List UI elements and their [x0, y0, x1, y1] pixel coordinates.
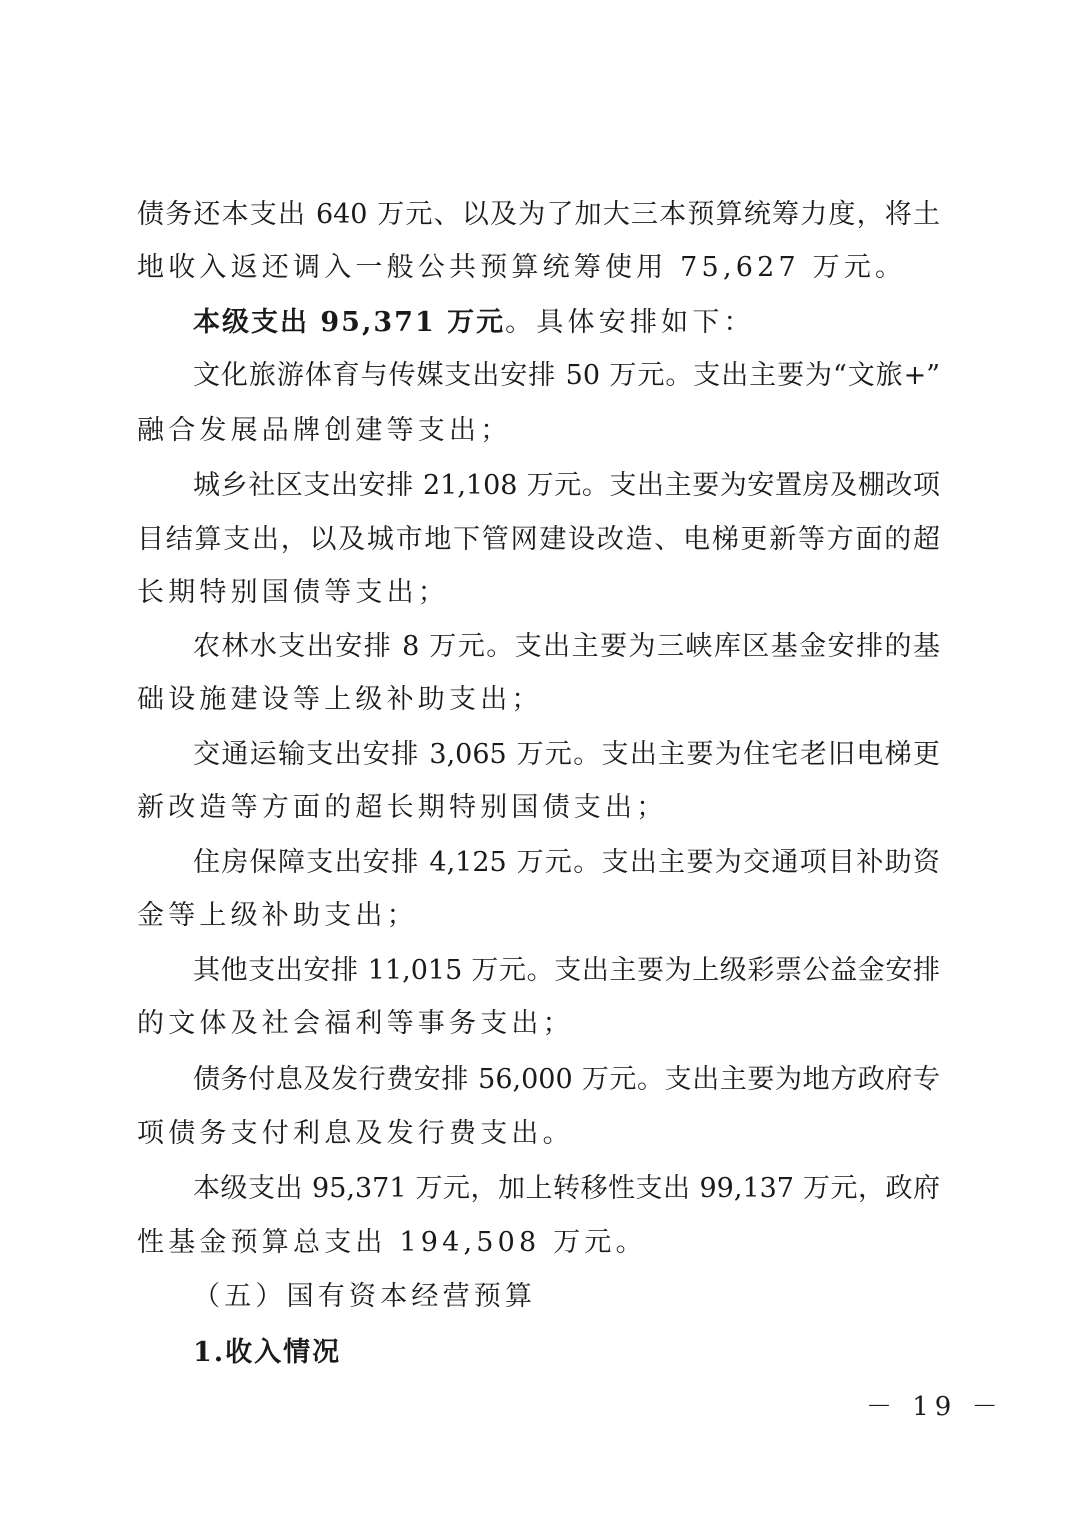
paragraph-line: 金等上级补助支出； [137, 899, 940, 933]
paragraph-line: 债务还本支出 640 万元、以及为了加大三本预算统筹力度，将土 [137, 198, 940, 232]
summary-rest: 。具体安排如下： [505, 307, 755, 338]
section-summary-line: 本级支出 95,371 万元。具体安排如下： [193, 306, 940, 340]
paragraph-line: 农林水支出安排 8 万元。支出主要为三峡库区基金安排的基 [193, 630, 940, 664]
paragraph-line: 地收入返还调入一般公共预算统筹使用 75,627 万元。 [137, 251, 940, 285]
paragraph-line: 融合发展品牌创建等支出； [137, 414, 940, 448]
paragraph-line: 性基金预算总支出 194,508 万元。 [137, 1226, 940, 1260]
paragraph-line: 其他支出安排 11,015 万元。支出主要为上级彩票公益金安排 [193, 954, 940, 988]
paragraph-line: 目结算支出，以及城市地下管网建设改造、电梯更新等方面的超 [137, 523, 940, 557]
subsection-heading: 1.收入情况 [193, 1336, 940, 1370]
section-heading: （五）国有资本经营预算 [193, 1280, 940, 1314]
paragraph-line: 本级支出 95,371 万元，加上转移性支出 99,137 万元，政府 [193, 1172, 940, 1206]
paragraph-line: 础设施建设等上级补助支出； [137, 683, 940, 717]
paragraph-line: 文化旅游体育与传媒支出安排 50 万元。支出主要为“文旅+” [193, 359, 940, 393]
paragraph-line: 的文体及社会福利等事务支出； [137, 1007, 940, 1041]
paragraph-line: 交通运输支出安排 3,065 万元。支出主要为住宅老旧电梯更 [193, 738, 940, 772]
page-number: － 19 － [866, 1392, 1004, 1422]
paragraph-line: 新改造等方面的超长期特别国债支出； [137, 791, 940, 825]
paragraph-line: 住房保障支出安排 4,125 万元。支出主要为交通项目补助资 [193, 846, 940, 880]
paragraph-line: 城乡社区支出安排 21,108 万元。支出主要为安置房及棚改项 [193, 469, 940, 503]
bold-summary: 本级支出 95,371 万元 [193, 307, 505, 338]
paragraph-line: 项债务支付利息及发行费支出。 [137, 1117, 940, 1151]
paragraph-line: 长期特别国债等支出； [137, 576, 940, 610]
paragraph-line: 债务付息及发行费安排 56,000 万元。支出主要为地方政府专 [193, 1063, 940, 1097]
